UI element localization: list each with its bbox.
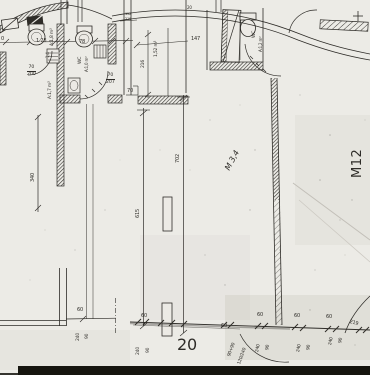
page-number: 20 xyxy=(177,337,197,353)
fixture-dim-label: 1,4 xyxy=(46,52,50,58)
dim-zero: 0 xyxy=(1,37,4,42)
dim-90: 90 xyxy=(266,345,272,351)
dim-60: 60 xyxy=(221,324,227,329)
dim-615: 615 xyxy=(136,209,141,218)
dim-tiny: 216 xyxy=(125,18,131,22)
door-height: 200 xyxy=(27,72,36,78)
dim-240: 240 xyxy=(256,344,262,353)
room-area-label: A:1,7 m² xyxy=(49,81,54,99)
hall-label-m34: M 3,4 xyxy=(224,149,241,171)
dim-60: 60 xyxy=(257,313,263,318)
dim-90: 90 xyxy=(339,338,345,344)
dim-216: 216 xyxy=(142,60,147,68)
dim-60: 60 xyxy=(326,315,332,320)
floorplan-scan: 0 1.28 78 A:1,8 m² 1,4 WC A:1,0 m² A:1,7… xyxy=(0,0,370,375)
dim-tiny: 152 xyxy=(125,13,131,17)
hall-label-m12: M12 xyxy=(351,149,364,178)
room-name-wc: WC xyxy=(253,31,258,38)
dim-90: 90 xyxy=(307,345,313,351)
door-height: 207 xyxy=(106,80,115,86)
door-note: 120/240 xyxy=(238,348,248,366)
dim-240: 240 xyxy=(329,337,335,346)
room-area-label: 1,52 m² xyxy=(155,41,160,57)
room-name-wc: WC xyxy=(79,57,84,64)
room-area-label: A:1,8 m² xyxy=(51,28,56,46)
dim-60: 60 xyxy=(77,308,83,313)
dim-240: 240 xyxy=(297,344,303,353)
dim-20: 20 xyxy=(187,6,192,10)
dim-147: 147 xyxy=(191,37,200,42)
dim-90: 90 xyxy=(147,348,152,353)
dim-90: 90 xyxy=(86,334,91,339)
dim-60: 60 xyxy=(294,314,300,319)
dim-219: 219 xyxy=(349,320,359,327)
dim-340: 340 xyxy=(31,173,36,182)
dim-toilet-right: 78 xyxy=(79,40,85,45)
dim-240: 240 xyxy=(77,333,82,341)
dim-702: 702 xyxy=(176,154,181,163)
dim-60: 60 xyxy=(141,314,147,319)
door-size-label: 70 207 xyxy=(106,73,115,85)
dim-70: 70 xyxy=(127,89,133,94)
plan-labels: 0 1.28 78 A:1,8 m² 1,4 WC A:1,0 m² A:1,7… xyxy=(0,0,370,375)
door-size-label: 70 200 xyxy=(27,65,36,77)
room-area-label: A:1,2 m² xyxy=(259,36,263,52)
dim-toilet-left: 1.28 xyxy=(36,39,46,44)
room-area-label: A:1,0 m² xyxy=(85,56,89,72)
dim-240: 240 xyxy=(137,347,142,355)
door-note: 90+90 xyxy=(228,343,237,358)
